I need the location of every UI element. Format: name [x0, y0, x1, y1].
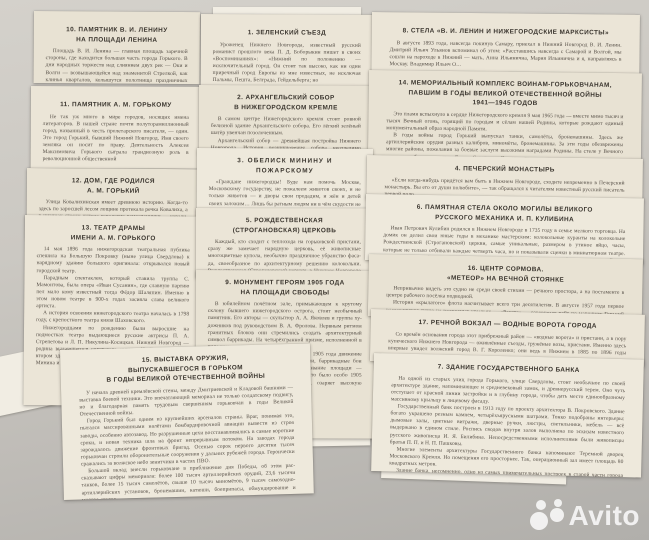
- card-paragraph: В августе 1893 года, навсегда покинув Са…: [389, 40, 621, 71]
- card-title: 5. РОЖДЕСТВЕНСКАЯ (СТРОГАНОВСКАЯ) ЦЕРКОВ…: [208, 216, 361, 235]
- card-14-war-memorial: 14. МЕМОРИАЛЬНЫЙ КОМПЛЕКС ВОИНАМ-ГОРЬКОВ…: [368, 70, 642, 165]
- card-title: 12. ДОМ, ГДЕ РОДИЛСЯ А. М. ГОРЬКИЙ: [39, 176, 188, 196]
- card-title: 11. ПАМЯТНИК А. М. ГОРЬКОМУ: [43, 94, 189, 110]
- logo-dot: [530, 512, 548, 530]
- card-title: 16. ЦЕНТР СОРМОВА. «МЕТЕОР» НА ВЕЧНОЙ СТ…: [386, 262, 624, 286]
- card-title: 15. ВЫСТАВКА ОРУЖИЯ, ВЫПУСКАВШЕГОСЯ В ГО…: [78, 352, 293, 386]
- card-8-lenin-stela: 8. СТЕЛА «В. И. ЛЕНИН И НИЖЕГОРОДСКИЕ МА…: [371, 12, 640, 77]
- card-3-minin-pozharsky-obelisk: 3. ОБЕЛИСК МИНИНУ И ПОЖАРСКОМУ «Граждане…: [197, 148, 373, 217]
- card-1-zelensky-syezd: 1. ЗЕЛЕНСКИЙ СЪЕЗД Уроженец Нижнего Новг…: [201, 14, 373, 93]
- card-paragraph: 14 мая 1896 года нижегородская театраль­…: [36, 246, 189, 276]
- logo-dot: [550, 508, 564, 522]
- card-title: 10. ПАМЯТНИК В. И. ЛЕНИНУ НА ПЛОЩАДИ ЛЕН…: [46, 19, 188, 45]
- card-7-state-bank: 7. ЗДАНИЕ ГОСУДАРСТВЕННОГО БАНКА На одно…: [371, 353, 644, 478]
- card-paragraph: Парадным спектаклем, который ставила тру…: [36, 275, 189, 312]
- photo-of-landmark-cards: 10. ПАМЯТНИК В. И. ЛЕНИНУ НА ПЛОЩАДИ ЛЕН…: [0, 0, 649, 540]
- card-paragraph: А история освоения нижегородского теат­р…: [36, 310, 189, 326]
- card-title: 2. АРХАНГЕЛЬСКИЙ СОБОР В НИЖЕГОРОДСКОМ К…: [211, 93, 361, 113]
- card-title: 3. ОБЕЛИСК МИНИНУ И ПОЖАРСКОМУ: [209, 156, 361, 176]
- avito-logo-icon: [530, 499, 564, 533]
- card-paragraph: Большой вклад внесли горьковчане в прибл…: [81, 463, 296, 500]
- card-10-lenin-monument: 10. ПАМЯТНИК В. И. ЛЕНИНУ НА ПЛОЩАДИ ЛЕН…: [33, 11, 199, 84]
- card-paragraph: Город Горький был одним из крупнейших ар…: [80, 413, 295, 468]
- card-paragraph: В самом центре Нижегородского кремля сто…: [211, 116, 361, 138]
- card-15-weapons-exhibition: 15. ВЫСТАВКА ОРУЖИЯ, ВЫПУСКАВШЕГОСЯ В ГО…: [60, 343, 314, 499]
- card-paragraph: Государственный банк построен в 1913 год…: [390, 404, 625, 452]
- card-title: 1. ЗЕЛЕНСКИЙ СЪЕЗД: [213, 22, 361, 38]
- card-paragraph: Площадь В. И. Ленина — главная площадь з…: [45, 48, 187, 84]
- card-title: 14. МЕМОРИАЛЬНЫЙ КОМПЛЕКС ВОИНАМ-ГОРЬКОВ…: [387, 78, 624, 110]
- card-title: 7. ЗДАНИЕ ГОСУДАРСТВЕННОГО БАНКА: [392, 361, 626, 376]
- logo-dot: [554, 499, 562, 507]
- logo-dot: [536, 500, 546, 510]
- card-title: 8. СТЕЛА «В. И. ЛЕНИН И НИЖЕГОРОДСКИЕ МА…: [390, 20, 622, 38]
- avito-watermark: Avito: [530, 499, 640, 533]
- avito-watermark-text: Avito: [569, 502, 640, 530]
- card-title: 13. ТЕАТР ДРАМЫ ИМЕНИ А. М. ГОРЬКОГО: [37, 223, 190, 244]
- card-paragraph: Уроженец Нижнего Новгорода, известный ру…: [213, 42, 361, 86]
- card-title: 9. МОНУМЕНТ ГЕРОЯМ 1905 ГОДА НА ПЛОЩАДИ …: [208, 278, 362, 298]
- card-title: 6. ПАМЯТНАЯ СТЕЛА ОКОЛО МОГИЛЫ ВЕЛИКОГО …: [384, 202, 626, 225]
- card-5-stroganov-church: 5. РОЖДЕСТВЕНСКАЯ (СТРОГАНОВСКАЯ) ЦЕРКОВ…: [196, 208, 373, 278]
- card-11-gorky-monument: 11. ПАМЯТНИК А. М. ГОРЬКОМУ Не так уж мн…: [31, 86, 201, 169]
- card-title: 4. ПЕЧЕРСКИЙ МОНАСТЫРЬ: [385, 163, 625, 176]
- card-paragraph: Не так уж много в мире городов, носящих …: [43, 114, 189, 165]
- card-title: 17. РЕЧНОЙ ВОКЗАЛ — ВОДНЫЕ ВОРОТА ГОРОДА: [389, 317, 627, 332]
- card-paragraph: Памятью о тех героических временах на зн…: [82, 499, 296, 500]
- card-2-arkhangelsk-cathedral: 2. АРХАНГЕЛЬСКИЙ СОБОР В НИЖЕГОРОДСКОМ К…: [199, 85, 373, 156]
